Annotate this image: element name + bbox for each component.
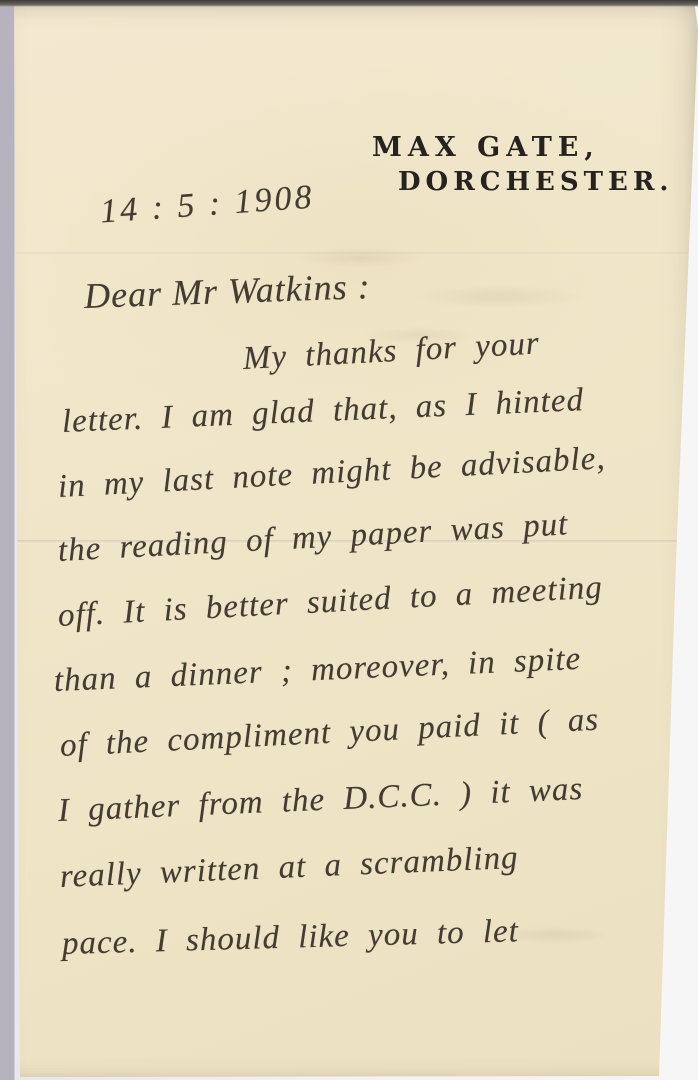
body-line: I gather from the D.C.C. ) it was	[57, 771, 584, 830]
body-line: really written at a scrambling	[59, 840, 519, 896]
body-line: off. It is better suited to a meeting	[57, 569, 604, 634]
body-line: letter. I am glad that, as I hinted	[61, 382, 584, 441]
body-line: in my last note might be advisable,	[57, 440, 606, 506]
body-line: pace. I should like you to let	[61, 913, 519, 963]
letter-scan: MAX GATE, DORCHESTER. 14 : 5 : 1908 Dear…	[0, 0, 698, 1080]
letter-paper: MAX GATE, DORCHESTER. 14 : 5 : 1908 Dear…	[0, 0, 698, 1080]
fold-crease-upper	[10, 252, 688, 256]
body-line: the reading of my paper was put	[57, 506, 569, 570]
handwritten-date: 14 : 5 : 1908	[99, 179, 316, 232]
letterhead-line2: DORCHESTER.	[398, 167, 673, 197]
body-line: of the compliment you paid it ( as	[59, 702, 600, 765]
body-line: than a dinner ; moreover, in spite	[53, 641, 582, 700]
letterhead-line1: MAX GATE,	[372, 132, 600, 163]
